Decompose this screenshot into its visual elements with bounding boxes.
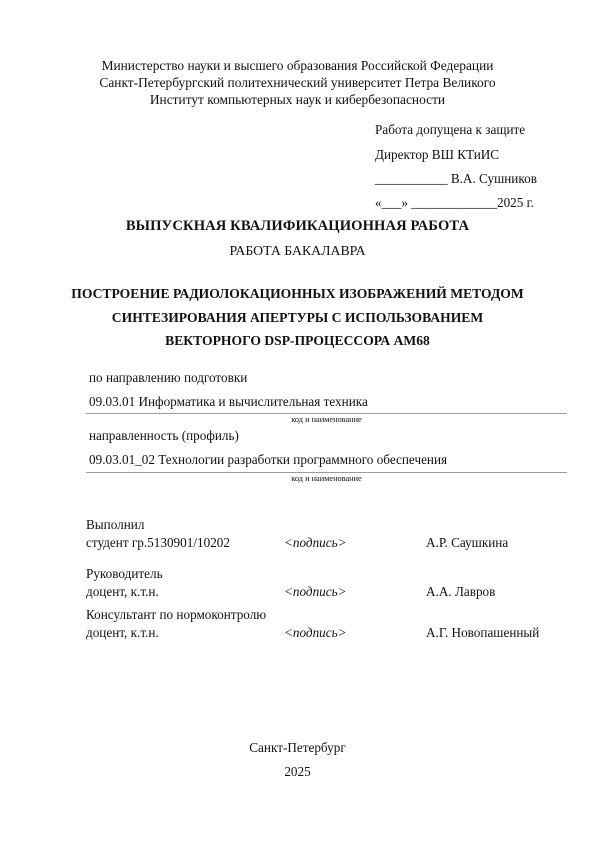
consultant-role: Консультант по нормоконтролю — [86, 607, 266, 623]
consultant-position: доцент, к.т.н. — [86, 625, 159, 641]
ministry-line: Министерство науки и высшего образования… — [0, 57, 595, 74]
topic-line-2: СИНТЕЗИРОВАНИЯ АПЕРТУРЫ С ИСПОЛЬЗОВАНИЕМ — [0, 310, 595, 326]
work-type: РАБОТА БАКАЛАВРА — [0, 243, 595, 259]
topic-line-3: ВЕКТОРНОГО DSP-ПРОЦЕССОРА AM68 — [0, 333, 595, 349]
consultant-name: А.Г. Новопашенный — [426, 625, 539, 641]
institution-header: Министерство науки и высшего образования… — [0, 57, 595, 108]
executor-role: Выполнил — [86, 517, 144, 533]
approval-position: Директор ВШ КТиИС — [375, 147, 499, 163]
approval-admitted: Работа допущена к защите — [375, 122, 525, 138]
consultant-signature: <подпись> — [284, 625, 347, 641]
direction-caption: код и наименование — [86, 415, 567, 424]
executor-name: А.Р. Саушкина — [426, 535, 508, 551]
footer-year: 2025 — [0, 764, 595, 780]
document-type-title: ВЫПУСКНАЯ КВАЛИФИКАЦИОННАЯ РАБОТА — [0, 218, 595, 235]
direction-value: 09.03.01 Информатика и вычислительная те… — [89, 394, 368, 410]
profile-underline — [86, 472, 567, 473]
supervisor-role: Руководитель — [86, 566, 163, 582]
topic-line-1: ПОСТРОЕНИЕ РАДИОЛОКАЦИОННЫХ ИЗОБРАЖЕНИЙ … — [0, 286, 595, 302]
university-line: Санкт-Петербургский политехнический унив… — [0, 74, 595, 91]
direction-underline — [86, 413, 567, 414]
supervisor-position: доцент, к.т.н. — [86, 584, 159, 600]
profile-label: направленность (профиль) — [89, 428, 239, 444]
approval-signature-line: ___________ В.А. Сушников — [375, 171, 537, 187]
profile-caption: код и наименование — [86, 474, 567, 483]
profile-value: 09.03.01_02 Технологии разработки програ… — [89, 452, 447, 468]
title-page: { "header": { "lines": [ "Министерство н… — [0, 0, 595, 841]
executor-signature: <подпись> — [284, 535, 347, 551]
approval-date-line: «___» _____________2025 г. — [375, 195, 534, 211]
footer-city: Санкт-Петербург — [0, 740, 595, 756]
executor-position: студент гр.5130901/10202 — [86, 535, 230, 551]
direction-label: по направлению подготовки — [89, 370, 247, 386]
institute-line: Институт компьютерных наук и кибербезопа… — [0, 91, 595, 108]
supervisor-signature: <подпись> — [284, 584, 347, 600]
supervisor-name: А.А. Лавров — [426, 584, 495, 600]
